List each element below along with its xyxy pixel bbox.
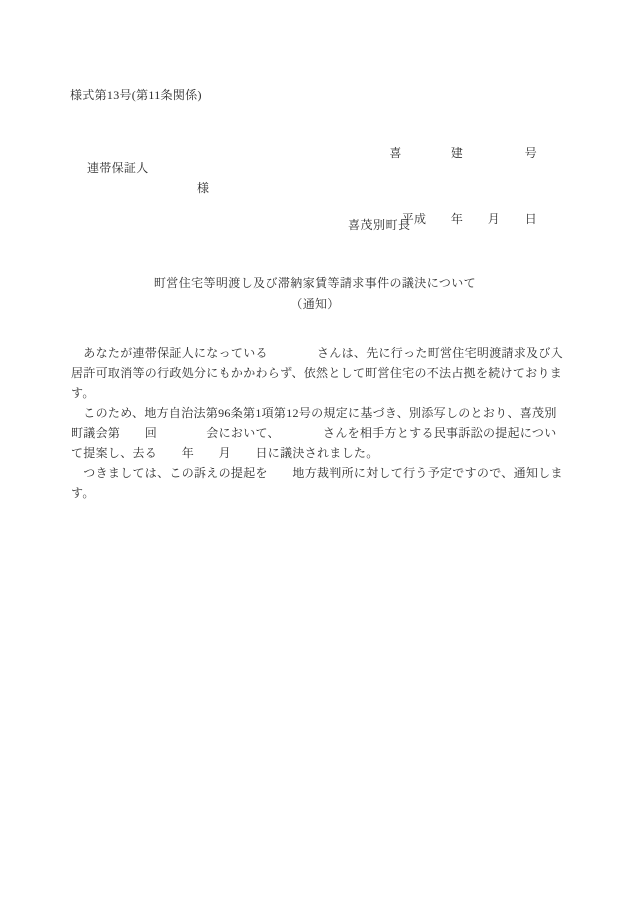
sender-name: 喜茂別町長: [348, 216, 411, 233]
document-header-right: 喜 建 号 平成 年 月 日: [389, 98, 537, 274]
body-paragraph-3: つきましては、この訴えの提起を 地方裁判所に対して行う予定ですので、通知しま す…: [71, 463, 563, 503]
recipient-honorific: 様: [197, 179, 209, 196]
document-title: 町営住宅等明渡し及び滞納家賃等請求事件の議決について: [70, 274, 560, 291]
body-paragraph-1: あなたが連帯保証人になっている さんは、先に行った町営住宅明渡請求及び入 居許可…: [71, 343, 563, 403]
doc-number-line: 喜 建 号: [389, 142, 537, 164]
form-number: 様式第13号(第11条関係): [70, 86, 202, 103]
recipient-label: 連帯保証人: [87, 159, 149, 176]
document-page: 様式第13号(第11条関係) 喜 建 号 平成 年 月 日 連帯保証人 様 喜茂…: [0, 0, 630, 915]
document-subtitle: （通知）: [70, 295, 560, 312]
body-paragraph-2: このため、地方自治法第96条第1項第12号の規定に基づき、別添写しのとおり、喜茂…: [71, 403, 563, 463]
document-body: あなたが連帯保証人になっている さんは、先に行った町営住宅明渡請求及び入 居許可…: [71, 343, 563, 503]
date-line: 平成 年 月 日: [389, 208, 537, 230]
